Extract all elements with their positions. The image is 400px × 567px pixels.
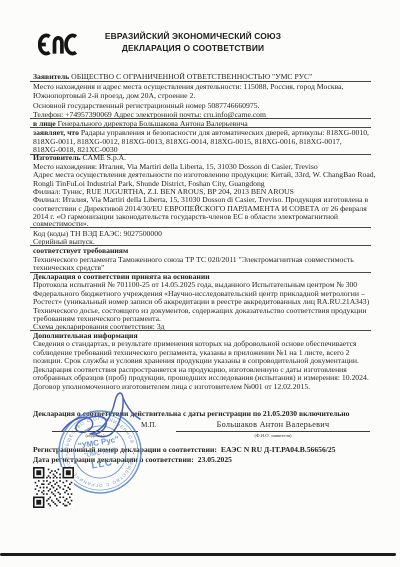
declaration-document: ЕВРАЗИЙСКИЙ ЭКОНОМИЧЕСКИЙ СОЮЗ ДЕКЛАРАЦИ… <box>0 0 400 567</box>
field-label: заявляет, что <box>33 128 79 137</box>
rule-line <box>30 245 371 246</box>
union-name: ЕВРАЗИЙСКИЙ ЭКОНОМИЧЕСКИЙ СОЮЗ <box>60 31 326 43</box>
qr-code <box>33 467 74 508</box>
registration-date-row: Дата регистрации декларации о соответств… <box>33 455 232 464</box>
field-text: Радары управления и безопасности для авт… <box>79 128 369 137</box>
registration-date-value: 23.05.2025 <box>198 455 232 464</box>
registration-number-label: Регистрационный номер декларации о соотв… <box>33 445 217 454</box>
rule-line <box>30 227 371 228</box>
rule-line <box>30 118 371 119</box>
field-label: Заявитель <box>33 72 69 81</box>
document-header: ЕВРАЗИЙСКИЙ ЭКОНОМИЧЕСКИЙ СОЮЗ ДЕКЛАРАЦИ… <box>60 31 326 54</box>
signatory-name: Большаков Антон Валерьевич <box>176 420 370 429</box>
field-text: Южнопортовый 2-й проезд, дом 20А, строен… <box>33 91 195 100</box>
registration-date-label: Дата регистрации декларации о соответств… <box>33 455 194 464</box>
signature-caption: (подпись) <box>52 433 138 438</box>
stamp-place-label: М.П. <box>141 421 156 429</box>
field-text: ОБЩЕСТВО С ОГРАНИЧЕННОЙ ОТВЕТСТВЕННОСТЬЮ… <box>69 72 312 81</box>
signatory-name-caption: (Ф.И.О. заявителя) <box>176 433 370 438</box>
document-title: ДЕКЛАРАЦИЯ О СООТВЕТСТВИИ <box>60 43 326 55</box>
rule-line <box>30 330 371 331</box>
doc-line-36: Договор уполномоченного изготовителем ли… <box>33 383 310 392</box>
validity-statement: Декларация о соответствии действительна … <box>33 409 349 418</box>
signature-line <box>52 431 138 432</box>
registration-number-value: ЕАЭС N RU Д-IT.РА04.В.56656/25 <box>221 445 336 454</box>
doc-line-2: Южнопортовый 2-й проезд, дом 20А, строен… <box>33 92 195 101</box>
rule-line <box>30 81 371 82</box>
rule-line <box>30 272 371 273</box>
field-text: Основной государственный регистрационный… <box>33 101 259 110</box>
field-text: Договор уполномоченного изготовителем ли… <box>33 382 310 391</box>
rule-line <box>30 154 371 155</box>
rule-line <box>30 127 371 128</box>
signatory-name-line <box>176 431 370 432</box>
registration-number-row: Регистрационный номер декларации о соотв… <box>33 445 335 454</box>
scan-edge-bar <box>0 553 396 556</box>
field-text: Место нахождения и адрес места осуществл… <box>33 82 344 91</box>
